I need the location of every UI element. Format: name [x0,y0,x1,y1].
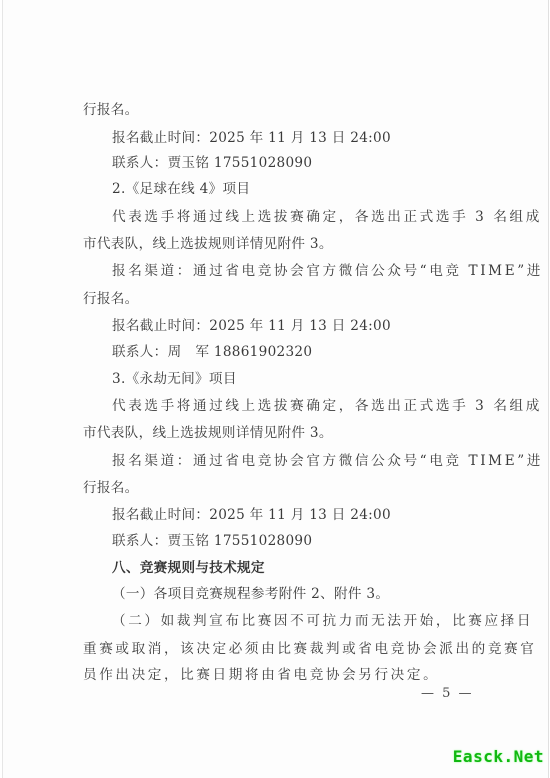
text-line: 报名渠道：通过省电竞协会官方微信公众号“电竞 TIME”进 [112,452,543,470]
text-line: 代表选手将通过线上选拔赛确定，各选出正式选手 3 名组成 [112,208,542,226]
text-line: 3.《永劫无间》项目 [112,370,237,388]
text-line: 市代表队，线上选拔规则详情见附件 3。 [83,424,333,442]
text-line: 联系人：贾玉铭 17551028090 [112,532,312,550]
text-line: 行报名。 [83,290,139,308]
text-line: 报名渠道：通过省电竞协会官方微信公众号“电竞 TIME”进 [112,262,543,280]
text-line: （二）如裁判宣布比赛因不可抗力而无法开始，比赛应择日 [112,612,533,630]
text-line: 联系人：贾玉铭 17551028090 [112,154,312,172]
text-line: 市代表队，线上选拔规则详情见附件 3。 [83,235,333,253]
text-line: 员作出决定，比赛日期将由省电竞协会另行决定。 [83,666,439,684]
text-line: 行报名。 [83,479,139,497]
text-line: 2.《足球在线 4》项目 [112,180,250,198]
watermark-logo: Easck.Net [453,747,544,766]
page-number: — 5 — [421,686,474,701]
section-heading: 八、竞赛规则与技术规定 [112,559,265,577]
text-line: 报名截止时间：2025 年 11 月 13 日 24:00 [112,317,391,335]
text-line: 报名截止时间：2025 年 11 月 13 日 24:00 [112,129,391,147]
text-line: 重赛或取消，该决定必须由比赛裁判或省电竞协会派出的竞赛官 [83,640,536,658]
text-line: 报名截止时间：2025 年 11 月 13 日 24:00 [112,506,391,524]
text-line: 代表选手将通过线上选拔赛确定，各选出正式选手 3 名组成 [112,397,542,415]
text-line: 联系人：周 军 18861902320 [112,343,312,361]
text-line: 行报名。 [83,101,139,119]
document-page: 行报名。 报名截止时间：2025 年 11 月 13 日 24:00 联系人：贾… [2,0,549,778]
text-line: （一）各项目竞赛规程参考附件 2、附件 3。 [112,585,389,603]
